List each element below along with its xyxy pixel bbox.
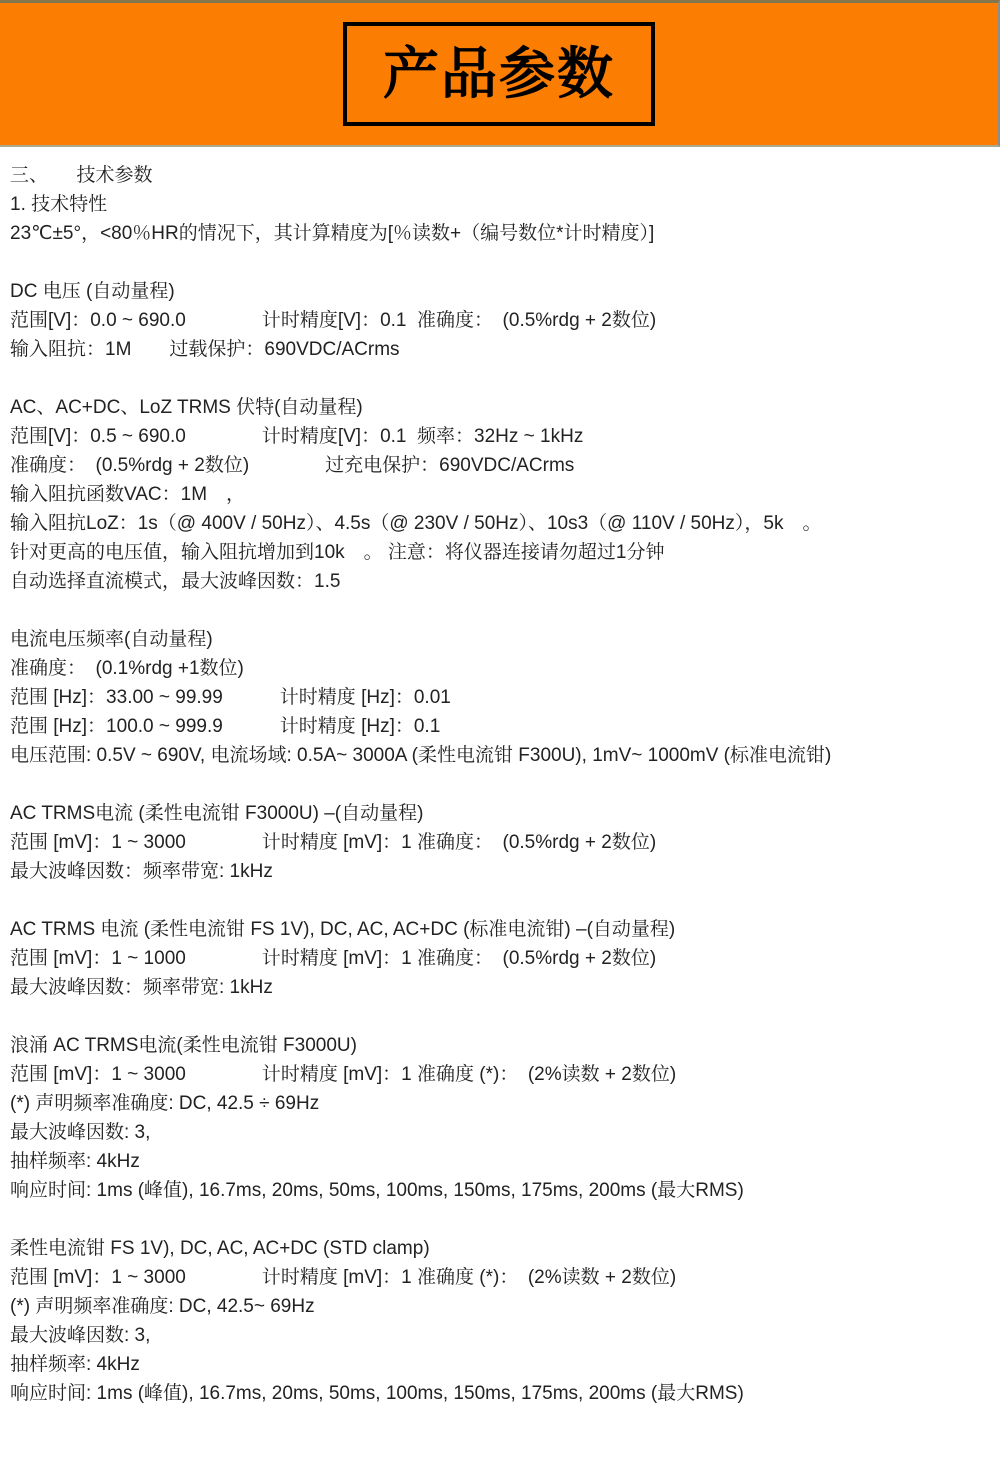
spec-line: 范围[V]：0.0 ~ 690.0 计时精度[V]：0.1 准确度： (0.5%… [10, 306, 992, 335]
section-title: DC 电压 (自动量程) [10, 277, 992, 306]
spec-section: 电流电压频率(自动量程) 准确度： (0.1%rdg +1数位)范围 [Hz]：… [10, 625, 992, 770]
spec-line: 最大波峰因数: 3, [10, 1321, 992, 1350]
section-lines: 准确度： (0.1%rdg +1数位)范围 [Hz]：33.00 ~ 99.99… [10, 654, 992, 770]
section-lines: 范围 [mV]：1 ~ 1000 计时精度 [mV]：1 准确度： (0.5%r… [10, 944, 992, 1002]
spec-line: 响应时间: 1ms (峰值), 16.7ms, 20ms, 50ms, 100m… [10, 1176, 992, 1205]
section-title: 电流电压频率(自动量程) [10, 625, 992, 654]
spec-line: 最大波峰因数：频率带宽: 1kHz [10, 857, 992, 886]
section-subheading: 1. 技术特性 [10, 190, 992, 219]
spec-line: 范围 [mV]：1 ~ 3000 计时精度 [mV]：1 准确度： (0.5%r… [10, 828, 992, 857]
spec-line: 输入阻抗函数VAC：1M ， [10, 480, 992, 509]
spec-line: 最大波峰因数：频率带宽: 1kHz [10, 973, 992, 1002]
spec-line: 输入阻抗LoZ：1s（@ 400V / 50Hz）、4.5s（@ 230V / … [10, 509, 992, 538]
section-lines: 范围 [mV]：1 ~ 3000 计时精度 [mV]：1 准确度： (0.5%r… [10, 828, 992, 886]
section-title: AC TRMS电流 (柔性电流钳 F3000U) –(自动量程) [10, 799, 992, 828]
spec-section: AC、AC+DC、LoZ TRMS 伏特(自动量程) 范围[V]：0.5 ~ 6… [10, 393, 992, 596]
spec-line: 电压范围: 0.5V ~ 690V, 电流场域: 0.5A~ 3000A (柔性… [10, 741, 992, 770]
spec-line: 抽样频率: 4kHz [10, 1147, 992, 1176]
spec-line: 范围 [Hz]：33.00 ~ 99.99 计时精度 [Hz]：0.01 [10, 683, 992, 712]
spec-line: 输入阻抗：1M 过载保护：690VDC/ACrms [10, 335, 992, 364]
title-box: 产品参数 [343, 22, 655, 126]
section-title: AC、AC+DC、LoZ TRMS 伏特(自动量程) [10, 393, 992, 422]
spec-section: AC TRMS 电流 (柔性电流钳 FS 1V), DC, AC, AC+DC … [10, 915, 992, 1002]
spec-line: 针对更高的电压值，输入阻抗增加到10k 。 注意：将仪器连接请勿超过1分钟 [10, 538, 992, 567]
spec-line: 准确度： (0.5%rdg + 2数位) 过充电保护：690VDC/ACrms [10, 451, 992, 480]
section-heading: 三、 技术参数 [10, 161, 992, 190]
page-title: 产品参数 [383, 46, 615, 102]
spec-line: (*) 声明频率准确度: DC, 42.5~ 69Hz [10, 1292, 992, 1321]
spec-line: (*) 声明频率准确度: DC, 42.5 ÷ 69Hz [10, 1089, 992, 1118]
accuracy-condition-line: 23℃±5°，<80％HR的情况下，其计算精度为[％读数+（编号数位*计时精度）… [10, 219, 992, 248]
spec-line: 准确度： (0.1%rdg +1数位) [10, 654, 992, 683]
section-title: 浪涌 AC TRMS电流(柔性电流钳 F3000U) [10, 1031, 992, 1060]
spec-document: 三、 技术参数 1. 技术特性 23℃±5°，<80％HR的情况下，其计算精度为… [0, 147, 1000, 1408]
spec-line: 响应时间: 1ms (峰值), 16.7ms, 20ms, 50ms, 100m… [10, 1379, 992, 1408]
section-lines: 范围[V]：0.5 ~ 690.0 计时精度[V]：0.1 频率：32Hz ~ … [10, 422, 992, 596]
spec-sections: DC 电压 (自动量程) 范围[V]：0.0 ~ 690.0 计时精度[V]：0… [10, 277, 992, 1408]
spec-line: 最大波峰因数: 3, [10, 1118, 992, 1147]
spec-line: 范围 [mV]：1 ~ 3000 计时精度 [mV]：1 准确度 (*)： (2… [10, 1060, 992, 1089]
spec-line: 范围 [mV]：1 ~ 3000 计时精度 [mV]：1 准确度 (*)： (2… [10, 1263, 992, 1292]
section-title: 柔性电流钳 FS 1V), DC, AC, AC+DC (STD clamp) [10, 1234, 992, 1263]
header-banner: 产品参数 [0, 0, 1000, 147]
spec-line: 范围 [Hz]：100.0 ~ 999.9 计时精度 [Hz]：0.1 [10, 712, 992, 741]
section-title: AC TRMS 电流 (柔性电流钳 FS 1V), DC, AC, AC+DC … [10, 915, 992, 944]
spec-line: 范围 [mV]：1 ~ 1000 计时精度 [mV]：1 准确度： (0.5%r… [10, 944, 992, 973]
spec-line: 范围[V]：0.5 ~ 690.0 计时精度[V]：0.1 频率：32Hz ~ … [10, 422, 992, 451]
spec-section: AC TRMS电流 (柔性电流钳 F3000U) –(自动量程) 范围 [mV]… [10, 799, 992, 886]
intro-block: 三、 技术参数 1. 技术特性 23℃±5°，<80％HR的情况下，其计算精度为… [10, 161, 992, 248]
spec-line: 抽样频率: 4kHz [10, 1350, 992, 1379]
section-lines: 范围[V]：0.0 ~ 690.0 计时精度[V]：0.1 准确度： (0.5%… [10, 306, 992, 364]
section-lines: 范围 [mV]：1 ~ 3000 计时精度 [mV]：1 准确度 (*)： (2… [10, 1263, 992, 1408]
spec-line: 自动选择直流模式，最大波峰因数：1.5 [10, 567, 992, 596]
section-lines: 范围 [mV]：1 ~ 3000 计时精度 [mV]：1 准确度 (*)： (2… [10, 1060, 992, 1205]
spec-section: 柔性电流钳 FS 1V), DC, AC, AC+DC (STD clamp) … [10, 1234, 992, 1408]
spec-section: DC 电压 (自动量程) 范围[V]：0.0 ~ 690.0 计时精度[V]：0… [10, 277, 992, 364]
spec-section: 浪涌 AC TRMS电流(柔性电流钳 F3000U) 范围 [mV]：1 ~ 3… [10, 1031, 992, 1205]
